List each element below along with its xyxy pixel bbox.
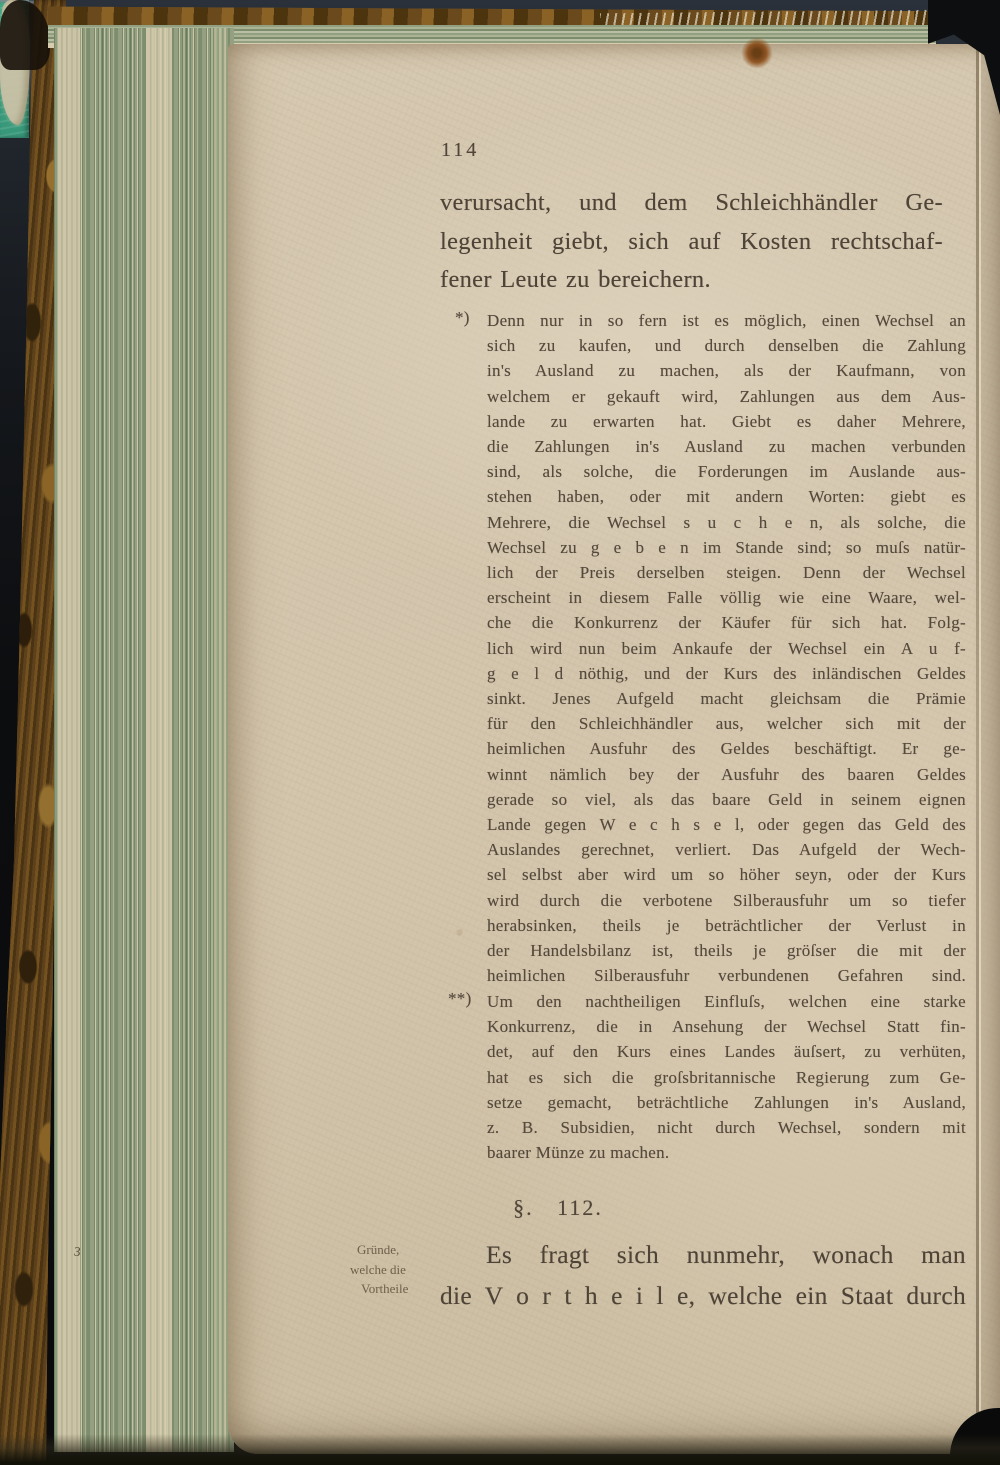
- text-line: die V o r t h e i l e, welche ein Staat …: [440, 1275, 966, 1316]
- book-bottom-shadow: [0, 1434, 1000, 1465]
- text-line: Lande gegen W e c h s e l, oder gegen da…: [487, 812, 966, 837]
- text-line: lande zu erwarten hat. Giebt es daher Me…: [487, 409, 966, 434]
- text-line: herabsinken, theils je beträchtlicher de…: [487, 913, 966, 938]
- text-line: Konkurrenz, die in Ansehung der Wechsel …: [487, 1014, 966, 1039]
- book-page: 114 verursacht, und dem Schleichhändler …: [228, 44, 1000, 1454]
- text-line: die Zahlungen in's Ausland zu machen ver…: [487, 434, 966, 459]
- text-line: in's Ausland zu machen, als der Kaufmann…: [487, 358, 966, 383]
- text-line: stehen haben, oder mit andern Worten: gi…: [487, 484, 966, 509]
- text-line: Es fragt sich nunmehr, wonach man: [440, 1234, 966, 1275]
- main-paragraph: verursacht, und dem Schleichhändler Ge-l…: [440, 184, 943, 300]
- text-line: sind, als solche, die Forderungen im Aus…: [487, 459, 966, 484]
- text-line: legenheit giebt, sich auf Kosten rechtsc…: [440, 223, 943, 262]
- footnote-marker-1: *): [455, 308, 470, 328]
- text-line: Mehrere, die Wechsel s u c h e n, als so…: [487, 510, 966, 535]
- fore-edge-cream-band: [146, 28, 172, 1452]
- margin-note: Gründe,welche dieVortheile: [350, 1240, 444, 1299]
- text-line: der Handelsbilanz ist, theils je gröſser…: [487, 938, 966, 963]
- text-line: Auslandes gerechnet, verliert. Das Aufge…: [487, 837, 966, 862]
- text-line: gerade so viel, als das baare Geld in se…: [487, 787, 966, 812]
- page-right-shading: [981, 44, 1000, 1454]
- footnote-1: Denn nur in so fern ist es möglich, eine…: [487, 308, 966, 988]
- text-line: baarer Münze zu machen.: [487, 1140, 966, 1165]
- text-line: Vortheile: [350, 1279, 444, 1299]
- text-line: setze gemacht, beträchtliche Zahlungen i…: [487, 1090, 966, 1115]
- fore-edge-cream-band: [58, 28, 80, 1452]
- text-line: z. B. Subsidien, nicht durch Wechsel, so…: [487, 1115, 966, 1140]
- text-line: verursacht, und dem Schleichhändler Ge-: [440, 184, 943, 223]
- text-line: heimlichen Ausfuhr des Geldes beschäftig…: [487, 736, 966, 761]
- text-line: für den Schleichhändler aus, welcher sic…: [487, 711, 966, 736]
- text-line: lich wird nun beim Ankaufe der Wechsel e…: [487, 636, 966, 661]
- text-line: welche die: [350, 1260, 444, 1280]
- text-line: erscheint in diesem Falle völlig wie ein…: [487, 585, 966, 610]
- text-line: Um den nachtheiligen Einfluſs, welchen e…: [487, 989, 966, 1014]
- text-line: det, auf den Kurs eines Landes äuſsert, …: [487, 1039, 966, 1064]
- text-line: g e l d nöthig, und der Kurs des inländi…: [487, 661, 966, 686]
- footnote-marker-2: **): [448, 989, 472, 1009]
- text-line: sinkt. Jenes Aufgeld macht gleichsam die…: [487, 686, 966, 711]
- text-line: fener Leute zu bereichern.: [440, 261, 943, 300]
- page-number: 114: [441, 139, 479, 162]
- book-scan: 3 114 verursacht, und dem Schleichhändle…: [0, 0, 1000, 1465]
- footnote-2: Um den nachtheiligen Einfluſs, welchen e…: [487, 989, 966, 1165]
- closing-paragraph: Es fragt sich nunmehr, wonach mandie V o…: [440, 1234, 966, 1316]
- page-edges-fore: [54, 28, 234, 1452]
- text-line: wird durch die verbotene Silberausfuhr u…: [487, 888, 966, 913]
- text-line: sel selbst aber wird um so höher seyn, o…: [487, 862, 966, 887]
- fore-edge-cream-band: [214, 28, 228, 1452]
- text-line: hat es sich die groſsbritannische Regier…: [487, 1065, 966, 1090]
- text-line: Wechsel zu g e b e n im Stande sind; so …: [487, 535, 966, 560]
- text-line: Denn nur in so fern ist es möglich, eine…: [487, 308, 966, 333]
- section-heading: §. 112.: [468, 1195, 648, 1221]
- text-line: heimlichen Silberausfuhr verbundenen Gef…: [487, 963, 966, 988]
- text-line: welchem er gekauft wird, Zahlungen aus d…: [487, 384, 966, 409]
- text-line: winnt nämlich bey der Ausfuhr des baaren…: [487, 762, 966, 787]
- text-line: sich zu kaufen, und durch denselben die …: [487, 333, 966, 358]
- text-line: che die Konkurrenz der Käufer für sich h…: [487, 610, 966, 635]
- text-line: Gründe,: [350, 1240, 444, 1260]
- text-line: lich der Preis derselben steigen. Denn d…: [487, 560, 966, 585]
